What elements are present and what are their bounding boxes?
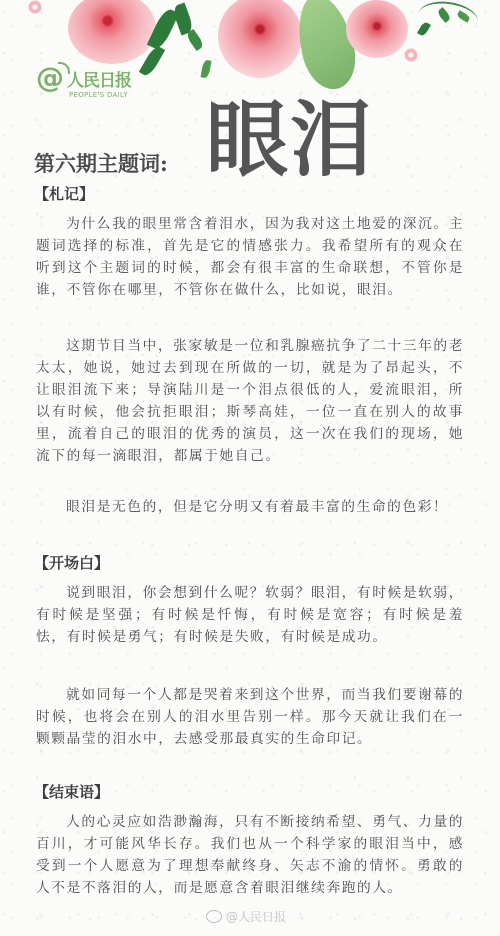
paragraph: 眼泪是无色的，但是它分明又有着最丰富的生命的色彩！	[36, 496, 464, 518]
page-title: 眼泪	[206, 96, 374, 186]
paragraph: 人的心灵应如浩渺瀚海，只有不断接纳希望、勇气、力量的百川，才可能风华长存。我们也…	[36, 811, 464, 899]
leaf-icon	[200, 59, 211, 78]
paragraph: 说到眼泪，你会想到什么呢？软弱？眼泪，有时候是软弱，有时候是坚强；有时候是忏悔，…	[36, 582, 464, 648]
small-flower-icon	[404, 48, 418, 62]
rose-icon	[346, 0, 408, 58]
leaf-icon	[185, 29, 205, 51]
peoples-daily-logo: @ 人民日报 PEOPLE'S DAILY	[36, 62, 146, 100]
section-heading-opening: 【开场白】	[34, 552, 109, 573]
weibo-watermark: @人民日报	[206, 908, 286, 925]
page-background: @ 人民日报 PEOPLE'S DAILY 第六期主题词: 眼泪 【札记】 为什…	[0, 0, 500, 936]
watermark-text: @人民日报	[226, 908, 286, 925]
section-heading-notes: 【札记】	[34, 183, 94, 204]
section-heading-closing: 【结束语】	[34, 781, 109, 802]
logo-name-cn: 人民日报	[67, 72, 131, 90]
paragraph: 这期节目当中，张家敏是一位和乳腺癌抗争了二十三年的老太太，她说，她过去到现在所做…	[36, 335, 464, 467]
title-prefix: 第六期主题词:	[34, 148, 168, 178]
rose-icon	[218, 0, 302, 78]
weibo-icon	[206, 910, 222, 923]
paragraph: 就如同每一个人都是哭着来到这个世界，而当我们要谢幕的时候，也将会在别人的泪水里告…	[36, 684, 464, 750]
rose-icon	[68, 0, 156, 64]
logo-name-en: PEOPLE'S DAILY	[69, 91, 128, 99]
small-flower-icon	[28, 0, 42, 14]
paragraph: 为什么我的眼里常含着泪水，因为我对这土地爱的深沉。主题词选择的标准，首先是它的情…	[36, 213, 464, 301]
